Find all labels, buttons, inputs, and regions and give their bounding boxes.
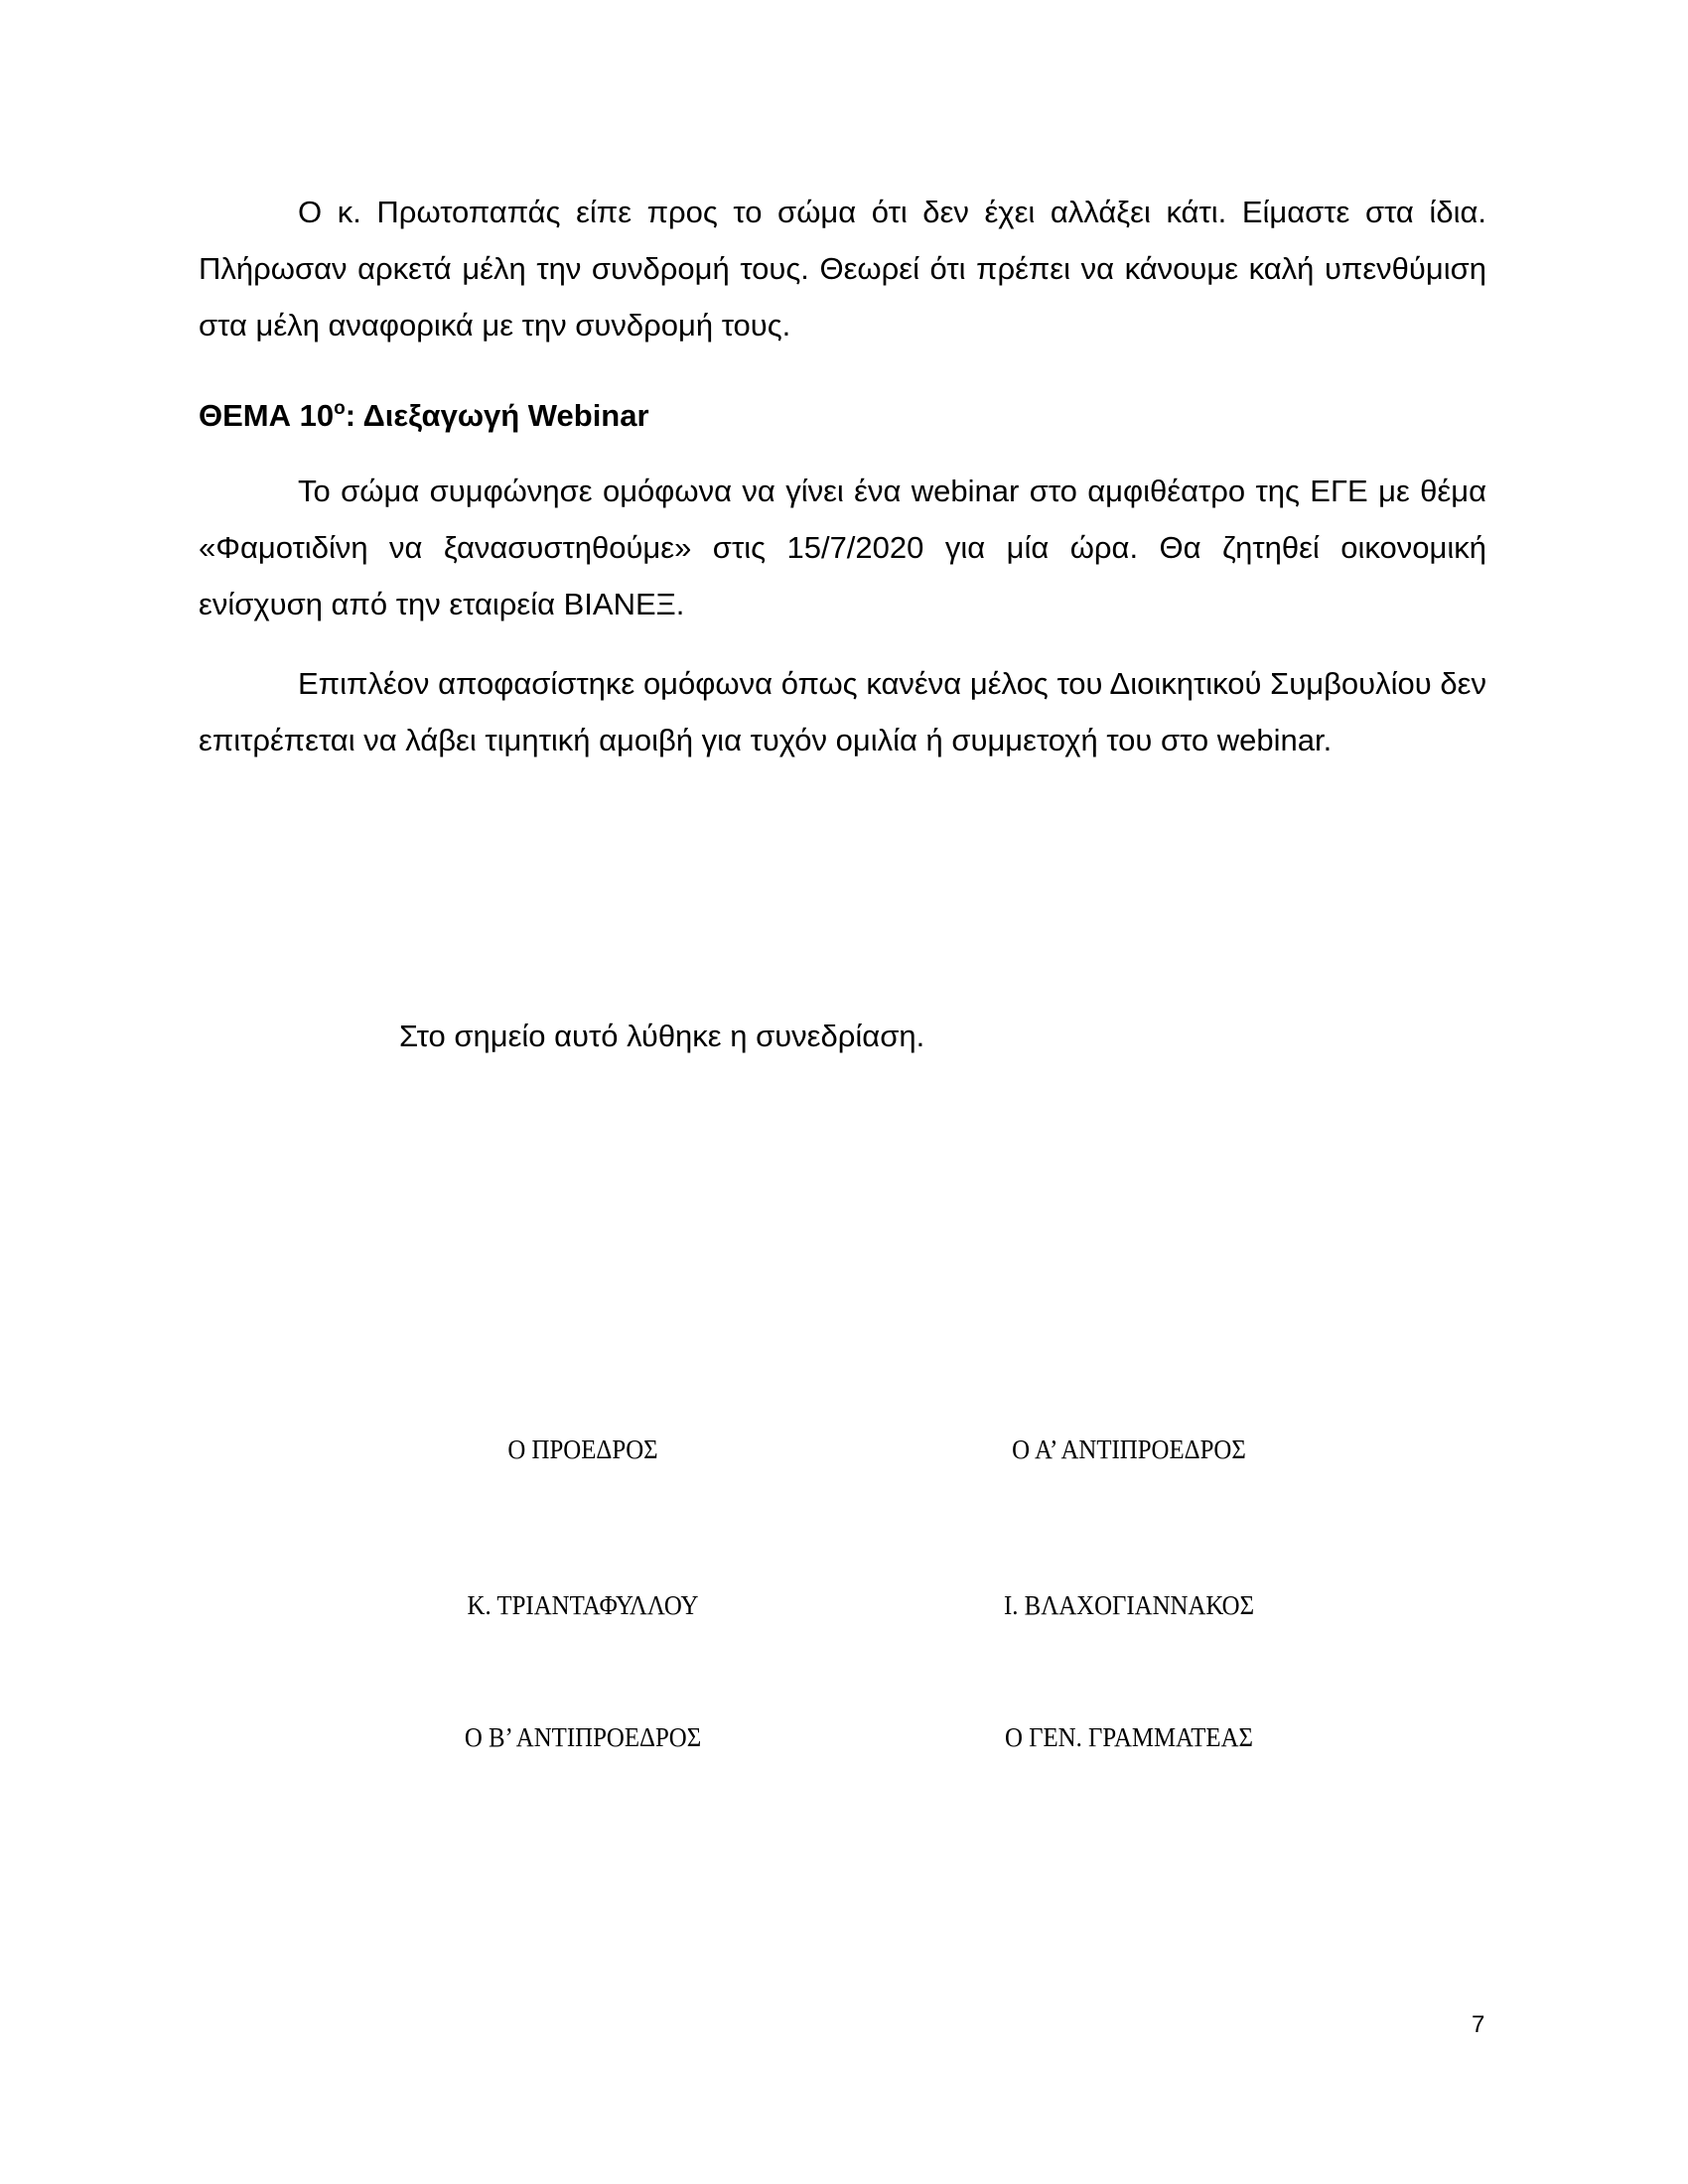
signature-vice-president-b-title: Ο Β’ ΑΝΤΙΠΡΟΕΔΡΟΣ xyxy=(400,1720,766,1754)
heading-title: : Διεξαγωγή Webinar xyxy=(346,398,649,433)
paragraph-webinar-agreement: Το σώμα συμφώνησε ομόφωνα να γίνει ένα w… xyxy=(199,463,1486,632)
signature-president-name: Κ. ΤΡΙΑΝΤΑΦΥΛΛΟΥ xyxy=(400,1588,766,1622)
signature-general-secretary-title: Ο ΓΕΝ. ΓΡΑΜΜΑΤΕΑΣ xyxy=(928,1720,1331,1754)
page-number: 7 xyxy=(1472,2008,1484,2042)
signature-vice-president-a-title: Ο Α’ ΑΝΤΙΠΡΟΕΔΡΟΣ xyxy=(928,1433,1331,1466)
signature-vice-president-a-name: Ι. ΒΛΑΧΟΓΙΑΝΝΑΚΟΣ xyxy=(928,1588,1331,1622)
signature-president-title: Ο ΠΡΟΕΔΡΟΣ xyxy=(400,1433,766,1466)
document-page: Ο κ. Πρωτοπαπάς είπε προς το σώμα ότι δε… xyxy=(0,0,1688,2184)
closing-statement: Στο σημείο αυτό λύθηκε η συνεδρίαση. xyxy=(399,1015,924,1058)
paragraph-membership-fees: Ο κ. Πρωτοπαπάς είπε προς το σώμα ότι δε… xyxy=(199,184,1486,353)
section-heading: ΘΕΜΑ 10ο: Διεξαγωγή Webinar xyxy=(199,394,649,438)
heading-superscript: ο xyxy=(334,398,346,419)
paragraph-honorarium-decision: Επιπλέον αποφασίστηκε ομόφωνα όπως κανέν… xyxy=(199,655,1486,768)
heading-prefix: ΘΕΜΑ 10 xyxy=(199,398,334,433)
